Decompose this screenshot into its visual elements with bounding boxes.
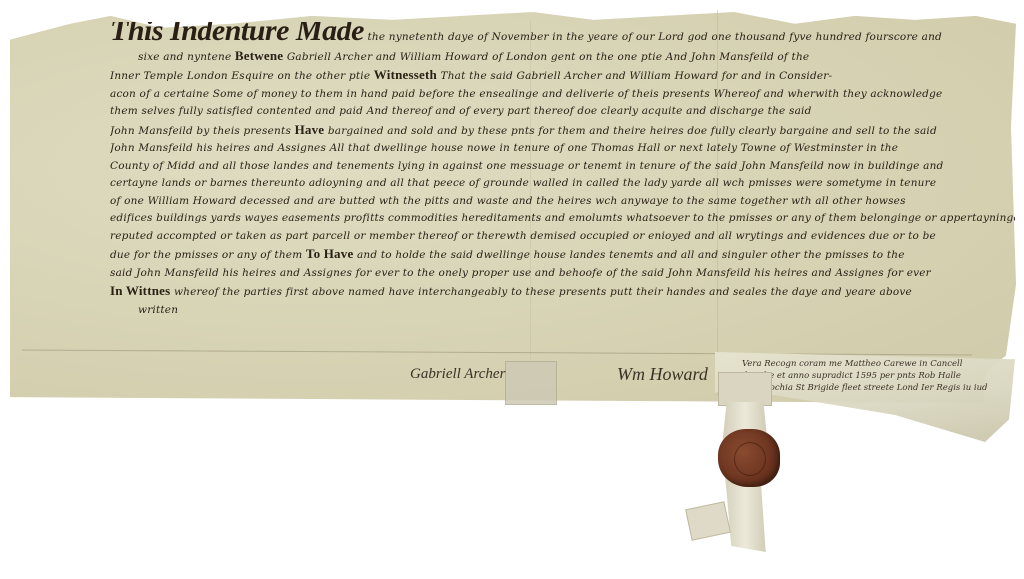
indenture-text: This Indenture Made the nynetenth daye o…	[110, 36, 1015, 319]
text-line: reputed accompted or taken as part parce…	[110, 228, 1015, 246]
signature-tag	[505, 361, 557, 405]
keyword: Witnesseth	[374, 67, 437, 82]
line-text: County of Midd and all those landes and …	[110, 160, 943, 172]
text-line: said John Mansfeild his heires and Assig…	[110, 265, 1015, 283]
line-text: the nynetenth daye of November in the ye…	[367, 31, 942, 43]
signature-archer: Gabriell Archer	[410, 366, 505, 383]
line-text: certayne lands or barnes thereunto adioy…	[110, 177, 936, 189]
line-text: bargained and sold and by these pnts for…	[328, 125, 937, 137]
line-text: acon of a certaine Some of money to them…	[110, 88, 942, 100]
seal-tag-fold	[685, 501, 731, 541]
endorsement-note: Vera Recogn coram me Mattheo Carewe in C…	[742, 358, 988, 394]
text-line: written	[110, 302, 1015, 320]
line-text: John Mansfeild by theis presents	[110, 125, 291, 137]
text-line: edifices buildings yards wayes easements…	[110, 210, 1015, 228]
seal-tag-slot	[718, 372, 772, 406]
line-text: Gabriell Archer and William Howard of Lo…	[287, 51, 810, 63]
line-text: sixe and nyntene	[138, 51, 231, 63]
endorsement-line: de parochia St Brigide fleet streete Lon…	[742, 382, 988, 394]
line-text: said John Mansfeild his heires and Assig…	[110, 267, 931, 279]
line-text: That the said Gabriell Archer and Willia…	[441, 70, 833, 82]
indenture-heading: This Indenture Made	[110, 22, 364, 47]
keyword: Have	[295, 122, 325, 137]
keyword: Betwene	[235, 48, 283, 63]
line-text: them selves fully satisfied contented an…	[110, 105, 812, 117]
signature-howard: Wm Howard	[617, 364, 708, 385]
line-text: written	[138, 304, 178, 316]
text-line: sixe and nyntene Betwene Gabriell Archer…	[110, 47, 1015, 67]
document-image: This Indenture Made the nynetenth daye o…	[0, 0, 1024, 579]
endorsement-line: dict die et anno supradict 1595 per pnts…	[742, 370, 988, 382]
text-line: John Mansfeild by theis presents Have ba…	[110, 121, 1015, 141]
line-text: John Mansfeild his heires and Assignes A…	[110, 142, 898, 154]
line-text: whereof the parties first above named ha…	[174, 286, 912, 298]
line-text: Inner Temple London Esquire on the other…	[110, 70, 370, 82]
seal-impression	[734, 442, 766, 476]
text-line: acon of a certaine Some of money to them…	[110, 86, 1015, 104]
text-line: John Mansfeild his heires and Assignes A…	[110, 140, 1015, 158]
line-text: and to holde the said dwellinge house la…	[357, 249, 905, 261]
keyword: To Have	[306, 246, 354, 261]
line-text: edifices buildings yards wayes easements…	[110, 212, 1015, 224]
text-line: County of Midd and all those landes and …	[110, 158, 1015, 176]
text-line: In Wittnes whereof the parties first abo…	[110, 282, 1015, 302]
line-text: due for the pmisses or any of them	[110, 249, 302, 261]
text-line: This Indenture Made the nynetenth daye o…	[110, 22, 1015, 47]
keyword: In Wittnes	[110, 283, 170, 298]
text-line: certayne lands or barnes thereunto adioy…	[110, 175, 1015, 193]
text-line: Inner Temple London Esquire on the other…	[110, 66, 1015, 86]
text-line: of one William Howard decessed and are b…	[110, 193, 1015, 211]
line-text: of one William Howard decessed and are b…	[110, 195, 906, 207]
text-line: due for the pmisses or any of them To Ha…	[110, 245, 1015, 265]
line-text: reputed accompted or taken as part parce…	[110, 230, 936, 242]
text-line: them selves fully satisfied contented an…	[110, 103, 1015, 121]
endorsement-line: Vera Recogn coram me Mattheo Carewe in C…	[742, 358, 988, 370]
